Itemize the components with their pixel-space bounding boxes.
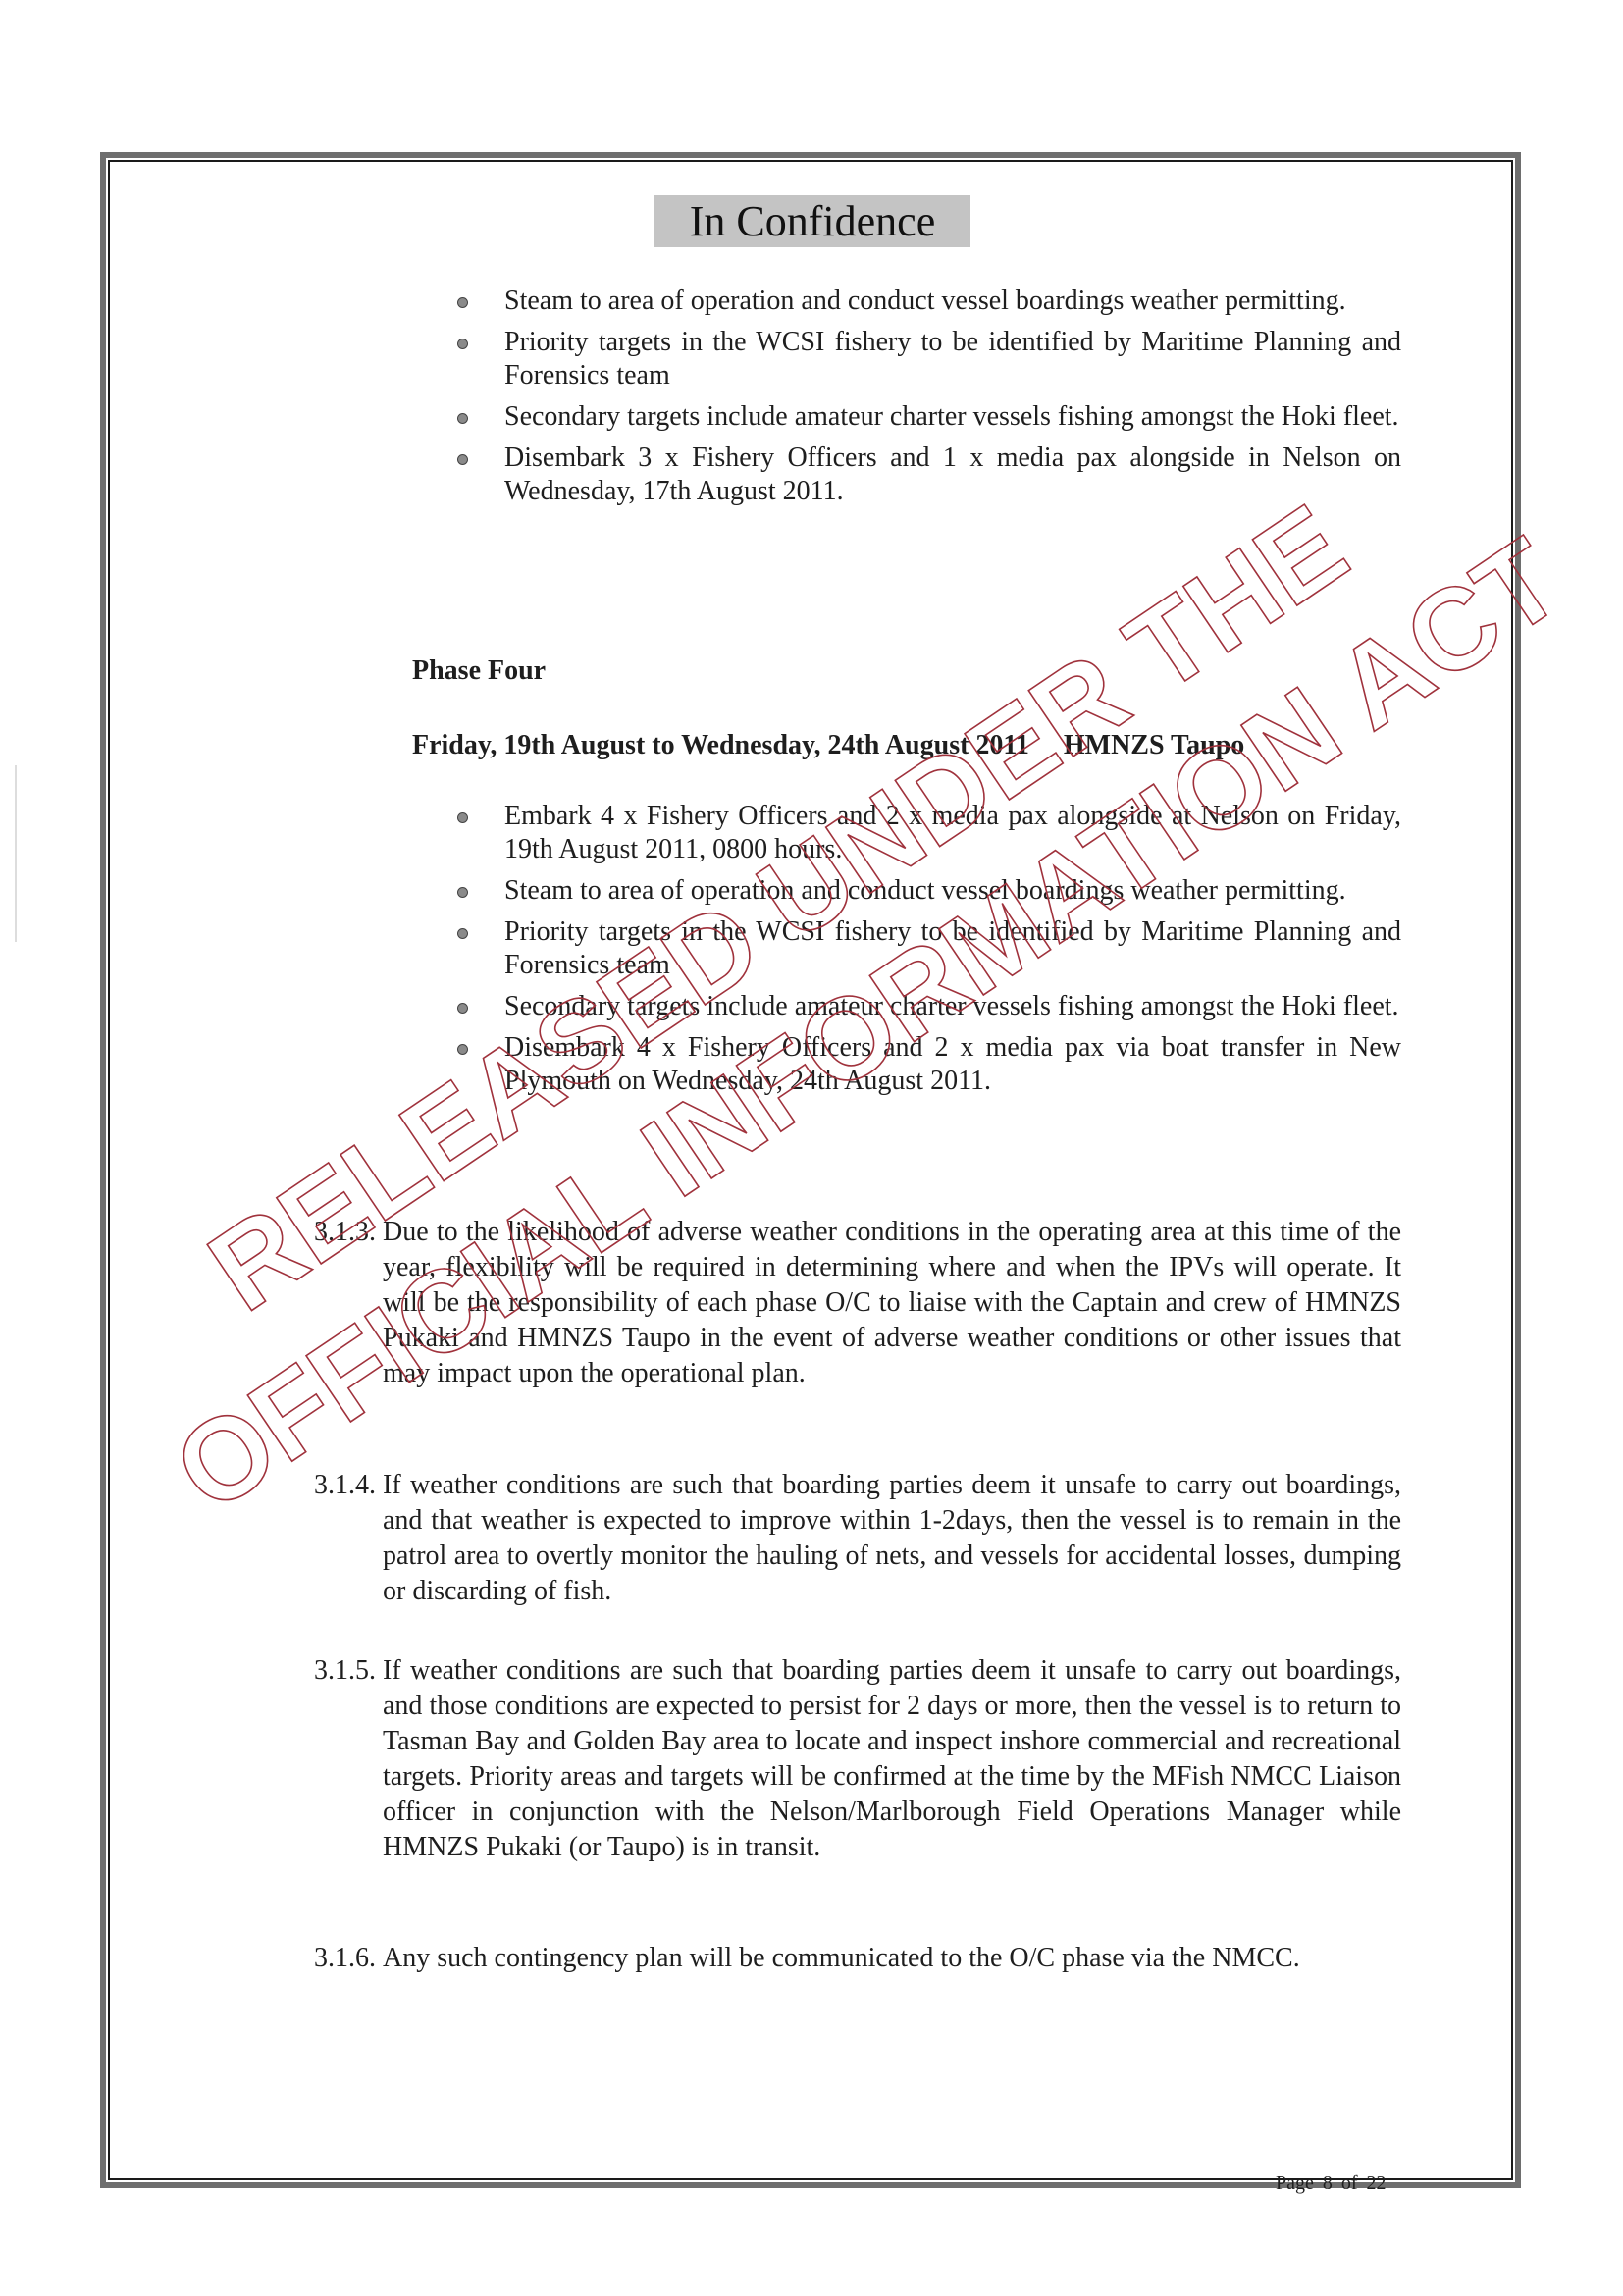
paragraph-text: Due to the likelihood of adverse weather… xyxy=(383,1215,1401,1391)
list-item: Priority targets in the WCSI fishery to … xyxy=(453,915,1401,982)
bullet-icon xyxy=(457,887,468,898)
bullet-icon xyxy=(457,413,468,424)
list-item: Secondary targets include amateur charte… xyxy=(453,400,1401,434)
classification-banner: In Confidence xyxy=(654,195,970,247)
bullet-icon xyxy=(457,339,468,349)
list-item: Priority targets in the WCSI fishery to … xyxy=(453,326,1401,392)
list-item: Disembark 4 x Fishery Officers and 2 x m… xyxy=(453,1031,1401,1098)
phase-three-bullet-list: Steam to area of operation and conduct v… xyxy=(453,285,1401,516)
list-item: Steam to area of operation and conduct v… xyxy=(453,285,1401,318)
bullet-icon xyxy=(457,812,468,823)
paragraph-text: Any such contingency plan will be commun… xyxy=(383,1941,1401,1976)
bullet-icon xyxy=(457,928,468,939)
paragraph-number: 3.1.4. xyxy=(314,1468,383,1503)
paragraph-number: 3.1.5. xyxy=(314,1653,383,1689)
phase-four-bullet-list: Embark 4 x Fishery Officers and 2 x medi… xyxy=(453,800,1401,1106)
list-item: Secondary targets include amateur charte… xyxy=(453,990,1401,1023)
phase-four-date-range: Friday, 19th August to Wednesday, 24th A… xyxy=(412,730,1029,760)
phase-four-vessel: HMNZS Taupo xyxy=(1064,730,1244,760)
bullet-icon xyxy=(457,454,468,465)
phase-four-dates: Friday, 19th August to Wednesday, 24th A… xyxy=(412,730,1244,761)
scan-edge-mark xyxy=(15,765,17,942)
paragraph-3-1-6: 3.1.6. Any such contingency plan will be… xyxy=(314,1941,1401,1976)
list-item: Disembark 3 x Fishery Officers and 1 x m… xyxy=(453,442,1401,508)
list-item: Steam to area of operation and conduct v… xyxy=(453,874,1401,908)
paragraph-text: If weather conditions are such that boar… xyxy=(383,1653,1401,1865)
paragraph-number: 3.1.3. xyxy=(314,1215,383,1250)
phase-four-heading: Phase Four xyxy=(412,655,546,687)
bullet-icon xyxy=(457,1003,468,1014)
bullet-icon xyxy=(457,297,468,308)
paragraph-3-1-3: 3.1.3. Due to the likelihood of adverse … xyxy=(314,1215,1401,1391)
paragraph-number: 3.1.6. xyxy=(314,1941,383,1976)
page-number: Page 8 of 22 xyxy=(1276,2172,1387,2195)
paragraph-text: If weather conditions are such that boar… xyxy=(383,1468,1401,1609)
list-item: Embark 4 x Fishery Officers and 2 x medi… xyxy=(453,800,1401,866)
bullet-icon xyxy=(457,1044,468,1055)
paragraph-3-1-4: 3.1.4. If weather conditions are such th… xyxy=(314,1468,1401,1609)
paragraph-3-1-5: 3.1.5. If weather conditions are such th… xyxy=(314,1653,1401,1865)
